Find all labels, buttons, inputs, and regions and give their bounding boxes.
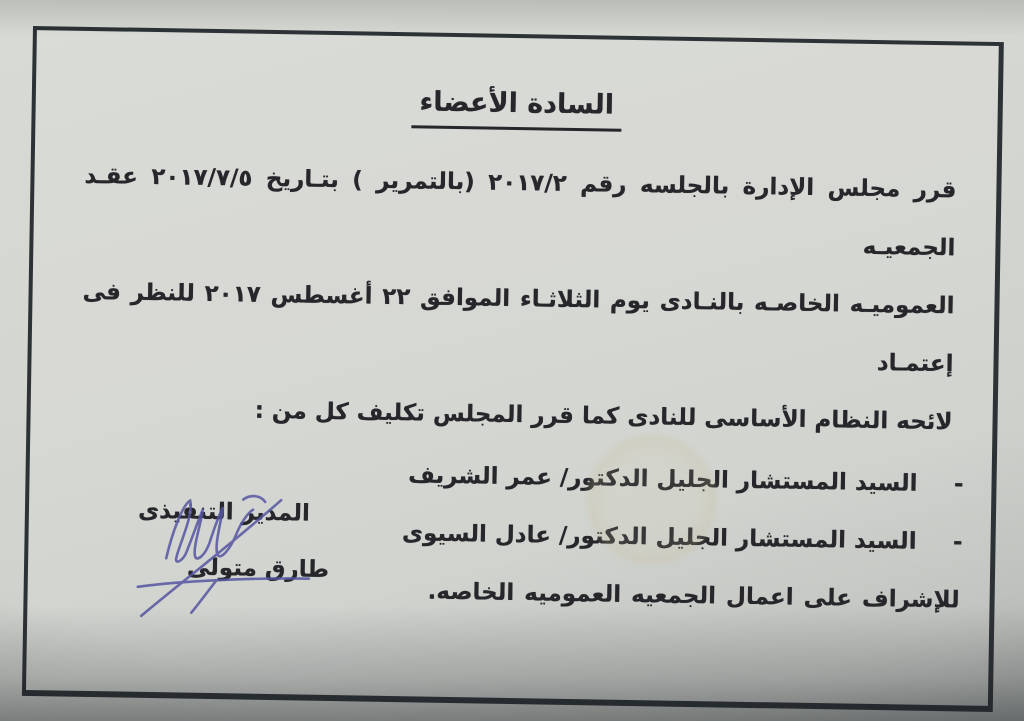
scanned-document-photo: السادة الأعضاء قرر مجلس الإدارة بالجلسه … — [0, 0, 1024, 721]
paragraph-line: قرر مجلس الإدارة بالجلسه رقم ٢٠١٧/٢ (بال… — [83, 147, 957, 277]
paragraph-line: العموميـه الخاصـه بالنـادى يوم الثلاثـاء… — [81, 263, 955, 393]
list-dash: - — [917, 455, 964, 514]
signature-name: طارق متولى — [133, 554, 383, 584]
page-title: السادة الأعضاء — [411, 86, 622, 131]
body-paragraph: قرر مجلس الإدارة بالجلسه رقم ٢٠١٧/٢ (بال… — [30, 146, 997, 452]
document-sheet: السادة الأعضاء قرر مجلس الإدارة بالجلسه … — [22, 26, 1004, 712]
signature-block: المدير التنفيذى طارق متولى — [98, 497, 349, 583]
list-item-text: السيد المستشار الجليل الدكتور/ عمر الشري… — [408, 462, 918, 496]
title-row: السادة الأعضاء — [35, 30, 998, 138]
list-dash: - — [916, 513, 963, 572]
list-item-text: السيد المستشار الجليل الدكتور/ عادل السي… — [402, 520, 917, 555]
signature-role: المدير التنفيذى — [99, 497, 349, 527]
